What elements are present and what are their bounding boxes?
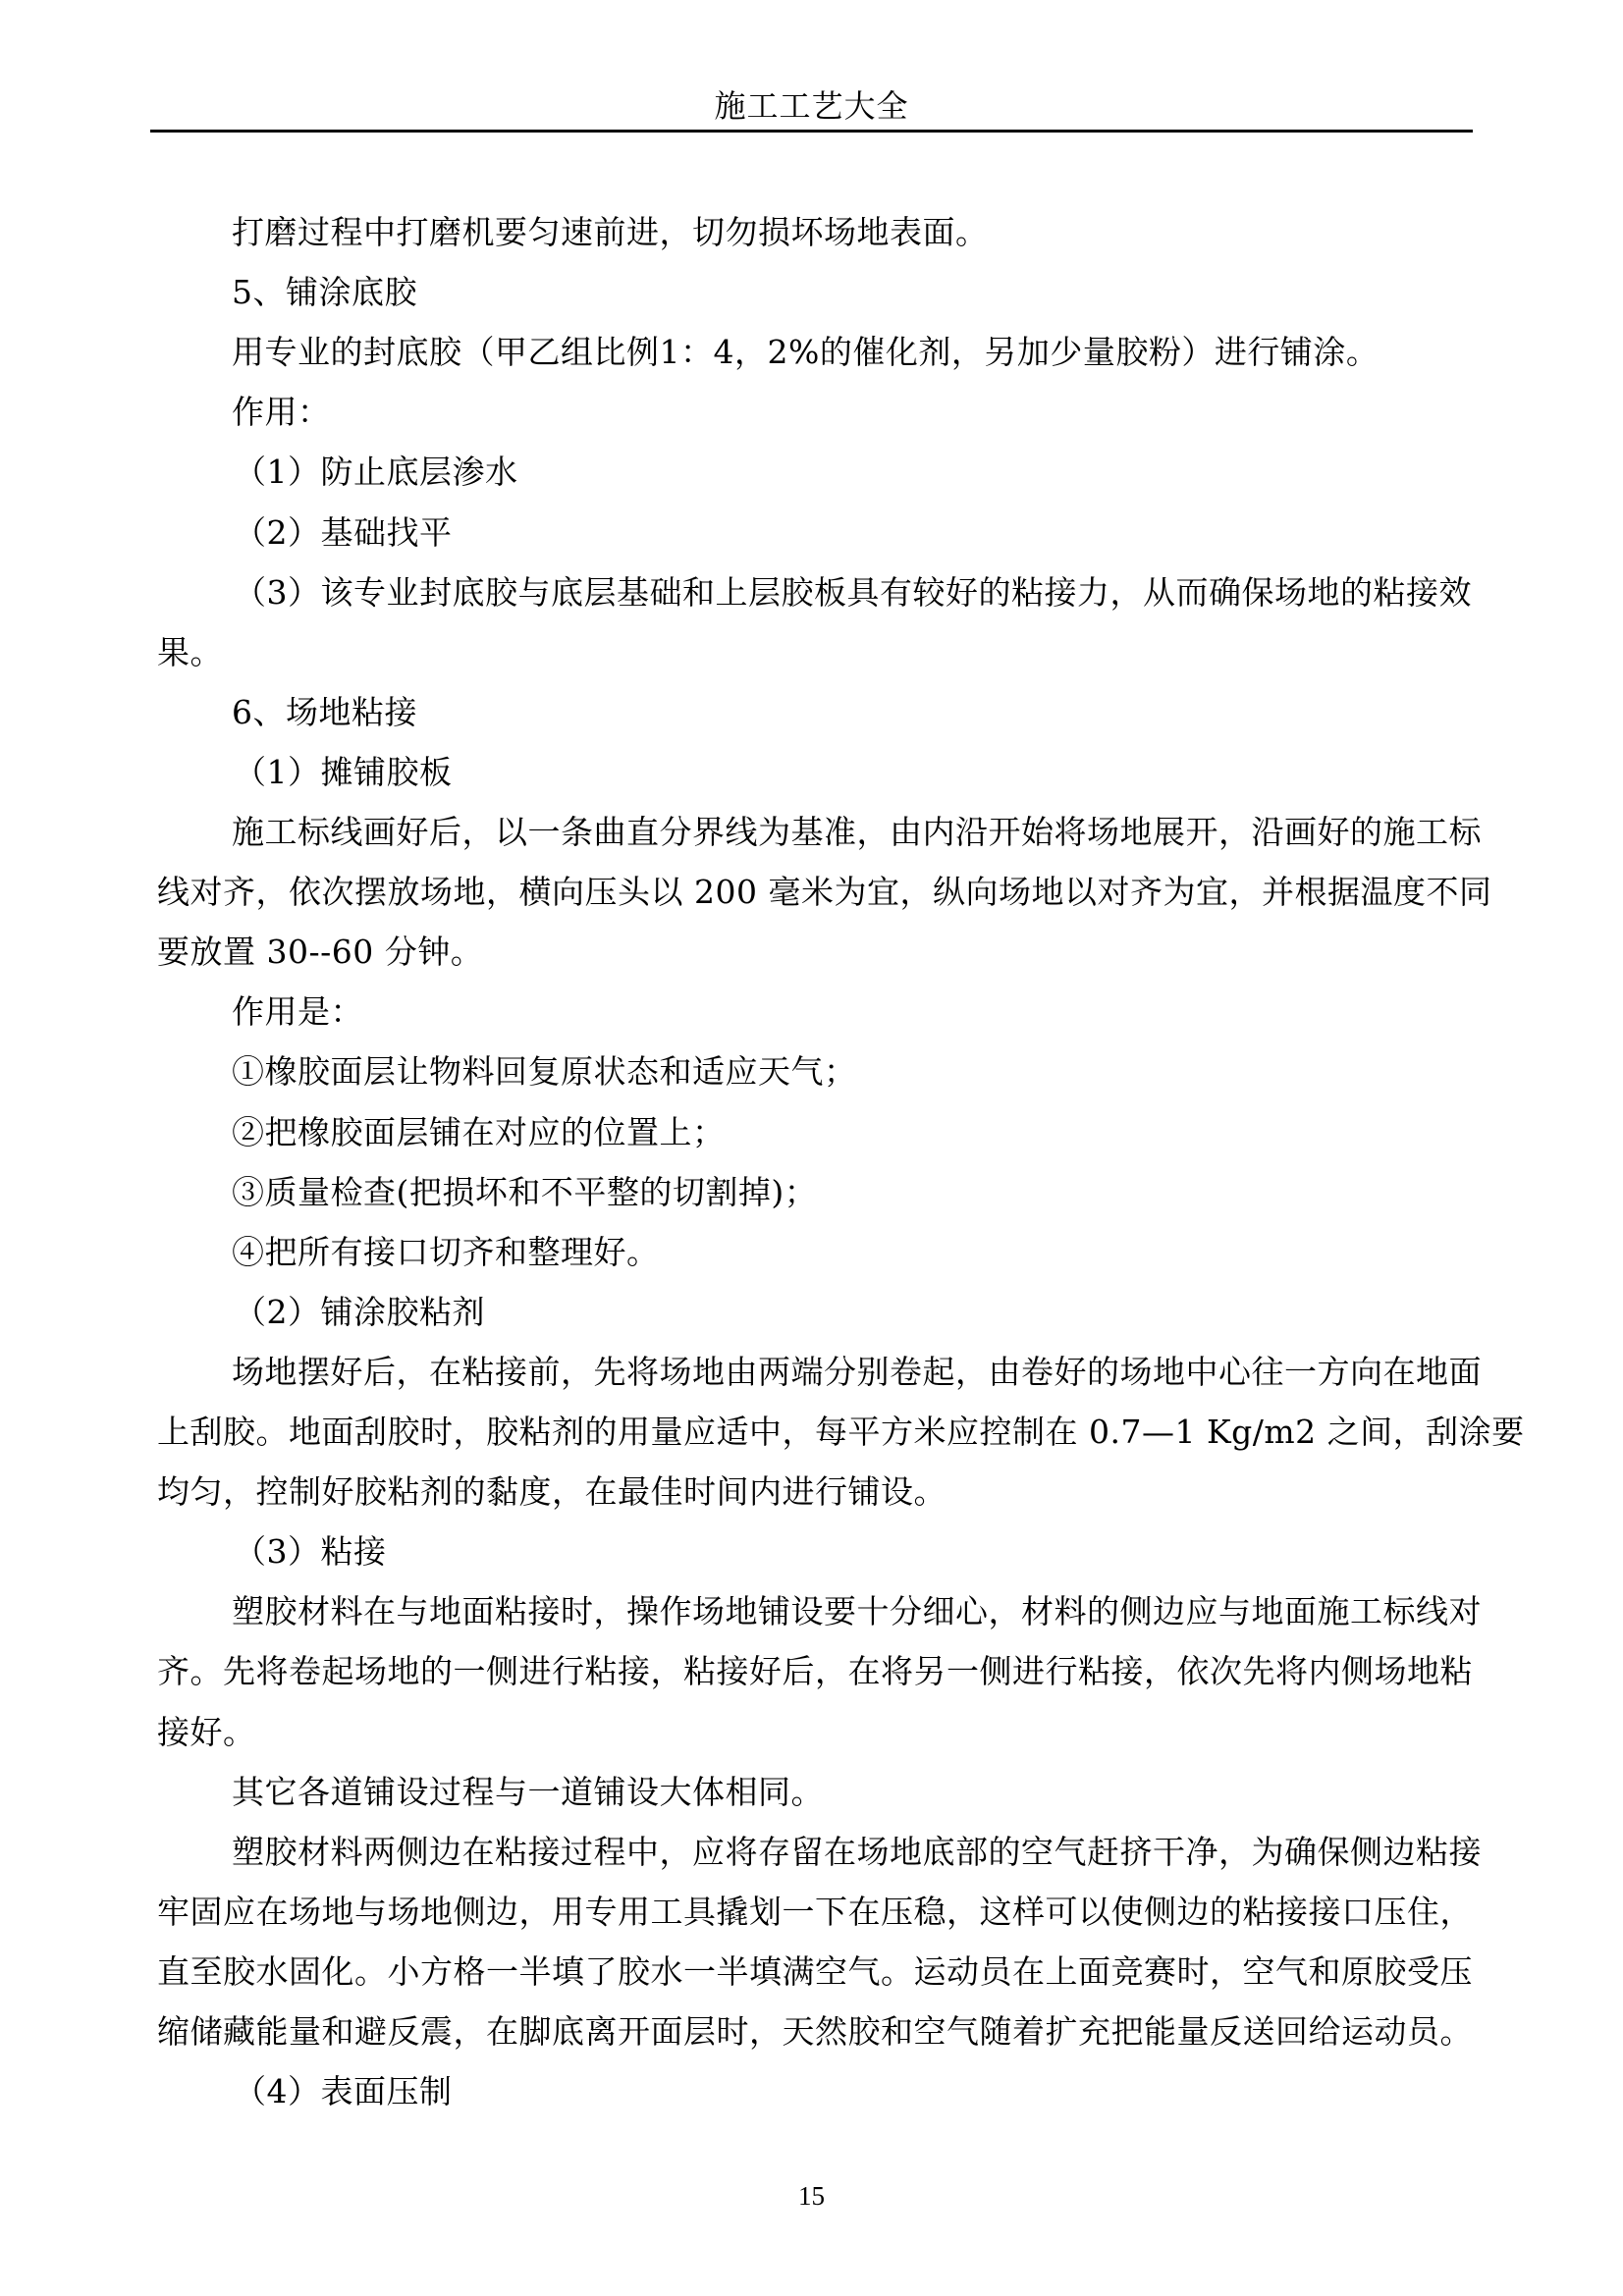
text-line: 塑胶材料在与地面粘接时，操作场地铺设要十分细心，材料的侧边应与地面施工标线对 xyxy=(157,1590,1467,1633)
text-line: 上刮胶。地面刮胶时，胶粘剂的用量应适中，每平方米应控制在 0.7—1 Kg/m2… xyxy=(157,1411,1467,1454)
running-header-title: 施工工艺大全 xyxy=(150,86,1473,126)
text-line: （1）防止底层渗水 xyxy=(157,451,1467,494)
text-line: 作用是： xyxy=(157,990,1467,1034)
text-line: 作用： xyxy=(157,391,1467,434)
text-line: （2）铺涂胶粘剂 xyxy=(157,1291,1467,1334)
text-line: 牢固应在场地与场地侧边，用专用工具撬划一下在压稳，这样可以使侧边的粘接接口压住， xyxy=(157,1891,1467,1934)
text-line: ③质量检查(把损坏和不平整的切割掉)； xyxy=(157,1171,1467,1214)
text-line: 均匀，控制好胶粘剂的黏度，在最佳时间内进行铺设。 xyxy=(157,1470,1467,1514)
text-line: ②把橡胶面层铺在对应的位置上； xyxy=(157,1111,1467,1154)
text-line: 接好。 xyxy=(157,1711,1467,1754)
text-line: 用专业的封底胶（甲乙组比例1：4，2%的催化剂，另加少量胶粉）进行铺涂。 xyxy=(157,331,1467,374)
document-page: 施工工艺大全 打磨过程中打磨机要匀速前进，切勿损坏场地表面。5、铺涂底胶用专业的… xyxy=(0,0,1623,2296)
text-line: 场地摆好后，在粘接前，先将场地由两端分别卷起，由卷好的场地中心往一方向在地面 xyxy=(157,1351,1467,1394)
text-line: 5、铺涂底胶 xyxy=(157,271,1467,314)
text-line: 施工标线画好后，以一条曲直分界线为基准，由内沿开始将场地展开，沿画好的施工标 xyxy=(157,811,1467,854)
text-line: 其它各道铺设过程与一道铺设大体相同。 xyxy=(157,1771,1467,1814)
text-line: 打磨过程中打磨机要匀速前进，切勿损坏场地表面。 xyxy=(157,211,1467,254)
text-line: 要放置 30--60 分钟。 xyxy=(157,931,1467,974)
text-line: 直至胶水固化。小方格一半填了胶水一半填满空气。运动员在上面竞赛时，空气和原胶受压 xyxy=(157,1950,1467,1994)
text-line: （3）该专业封底胶与底层基础和上层胶板具有较好的粘接力，从而确保场地的粘接效 xyxy=(157,571,1467,614)
text-line: 缩储藏能量和避反震，在脚底离开面层时，天然胶和空气随着扩充把能量反送回给运动员。 xyxy=(157,2010,1467,2054)
page-number: 15 xyxy=(0,2181,1623,2211)
text-line: 塑胶材料两侧边在粘接过程中，应将存留在场地底部的空气赶挤干净，为确保侧边粘接 xyxy=(157,1831,1467,1874)
text-line: 齐。先将卷起场地的一侧进行粘接，粘接好后，在将另一侧进行粘接，依次先将内侧场地粘 xyxy=(157,1650,1467,1693)
header-rule-divider xyxy=(150,130,1473,133)
text-line: 果。 xyxy=(157,631,1467,674)
text-line: （4）表面压制 xyxy=(157,2070,1467,2113)
text-line: ④把所有接口切齐和整理好。 xyxy=(157,1231,1467,1274)
text-line: （2）基础找平 xyxy=(157,511,1467,555)
text-line: 6、场地粘接 xyxy=(157,691,1467,734)
text-line: ①橡胶面层让物料回复原状态和适应天气； xyxy=(157,1050,1467,1094)
text-line: 线对齐，依次摆放场地，横向压头以 200 毫米为宜，纵向场地以对齐为宜，并根据温… xyxy=(157,871,1467,914)
text-line: （3）粘接 xyxy=(157,1530,1467,1574)
text-line: （1）摊铺胶板 xyxy=(157,751,1467,794)
